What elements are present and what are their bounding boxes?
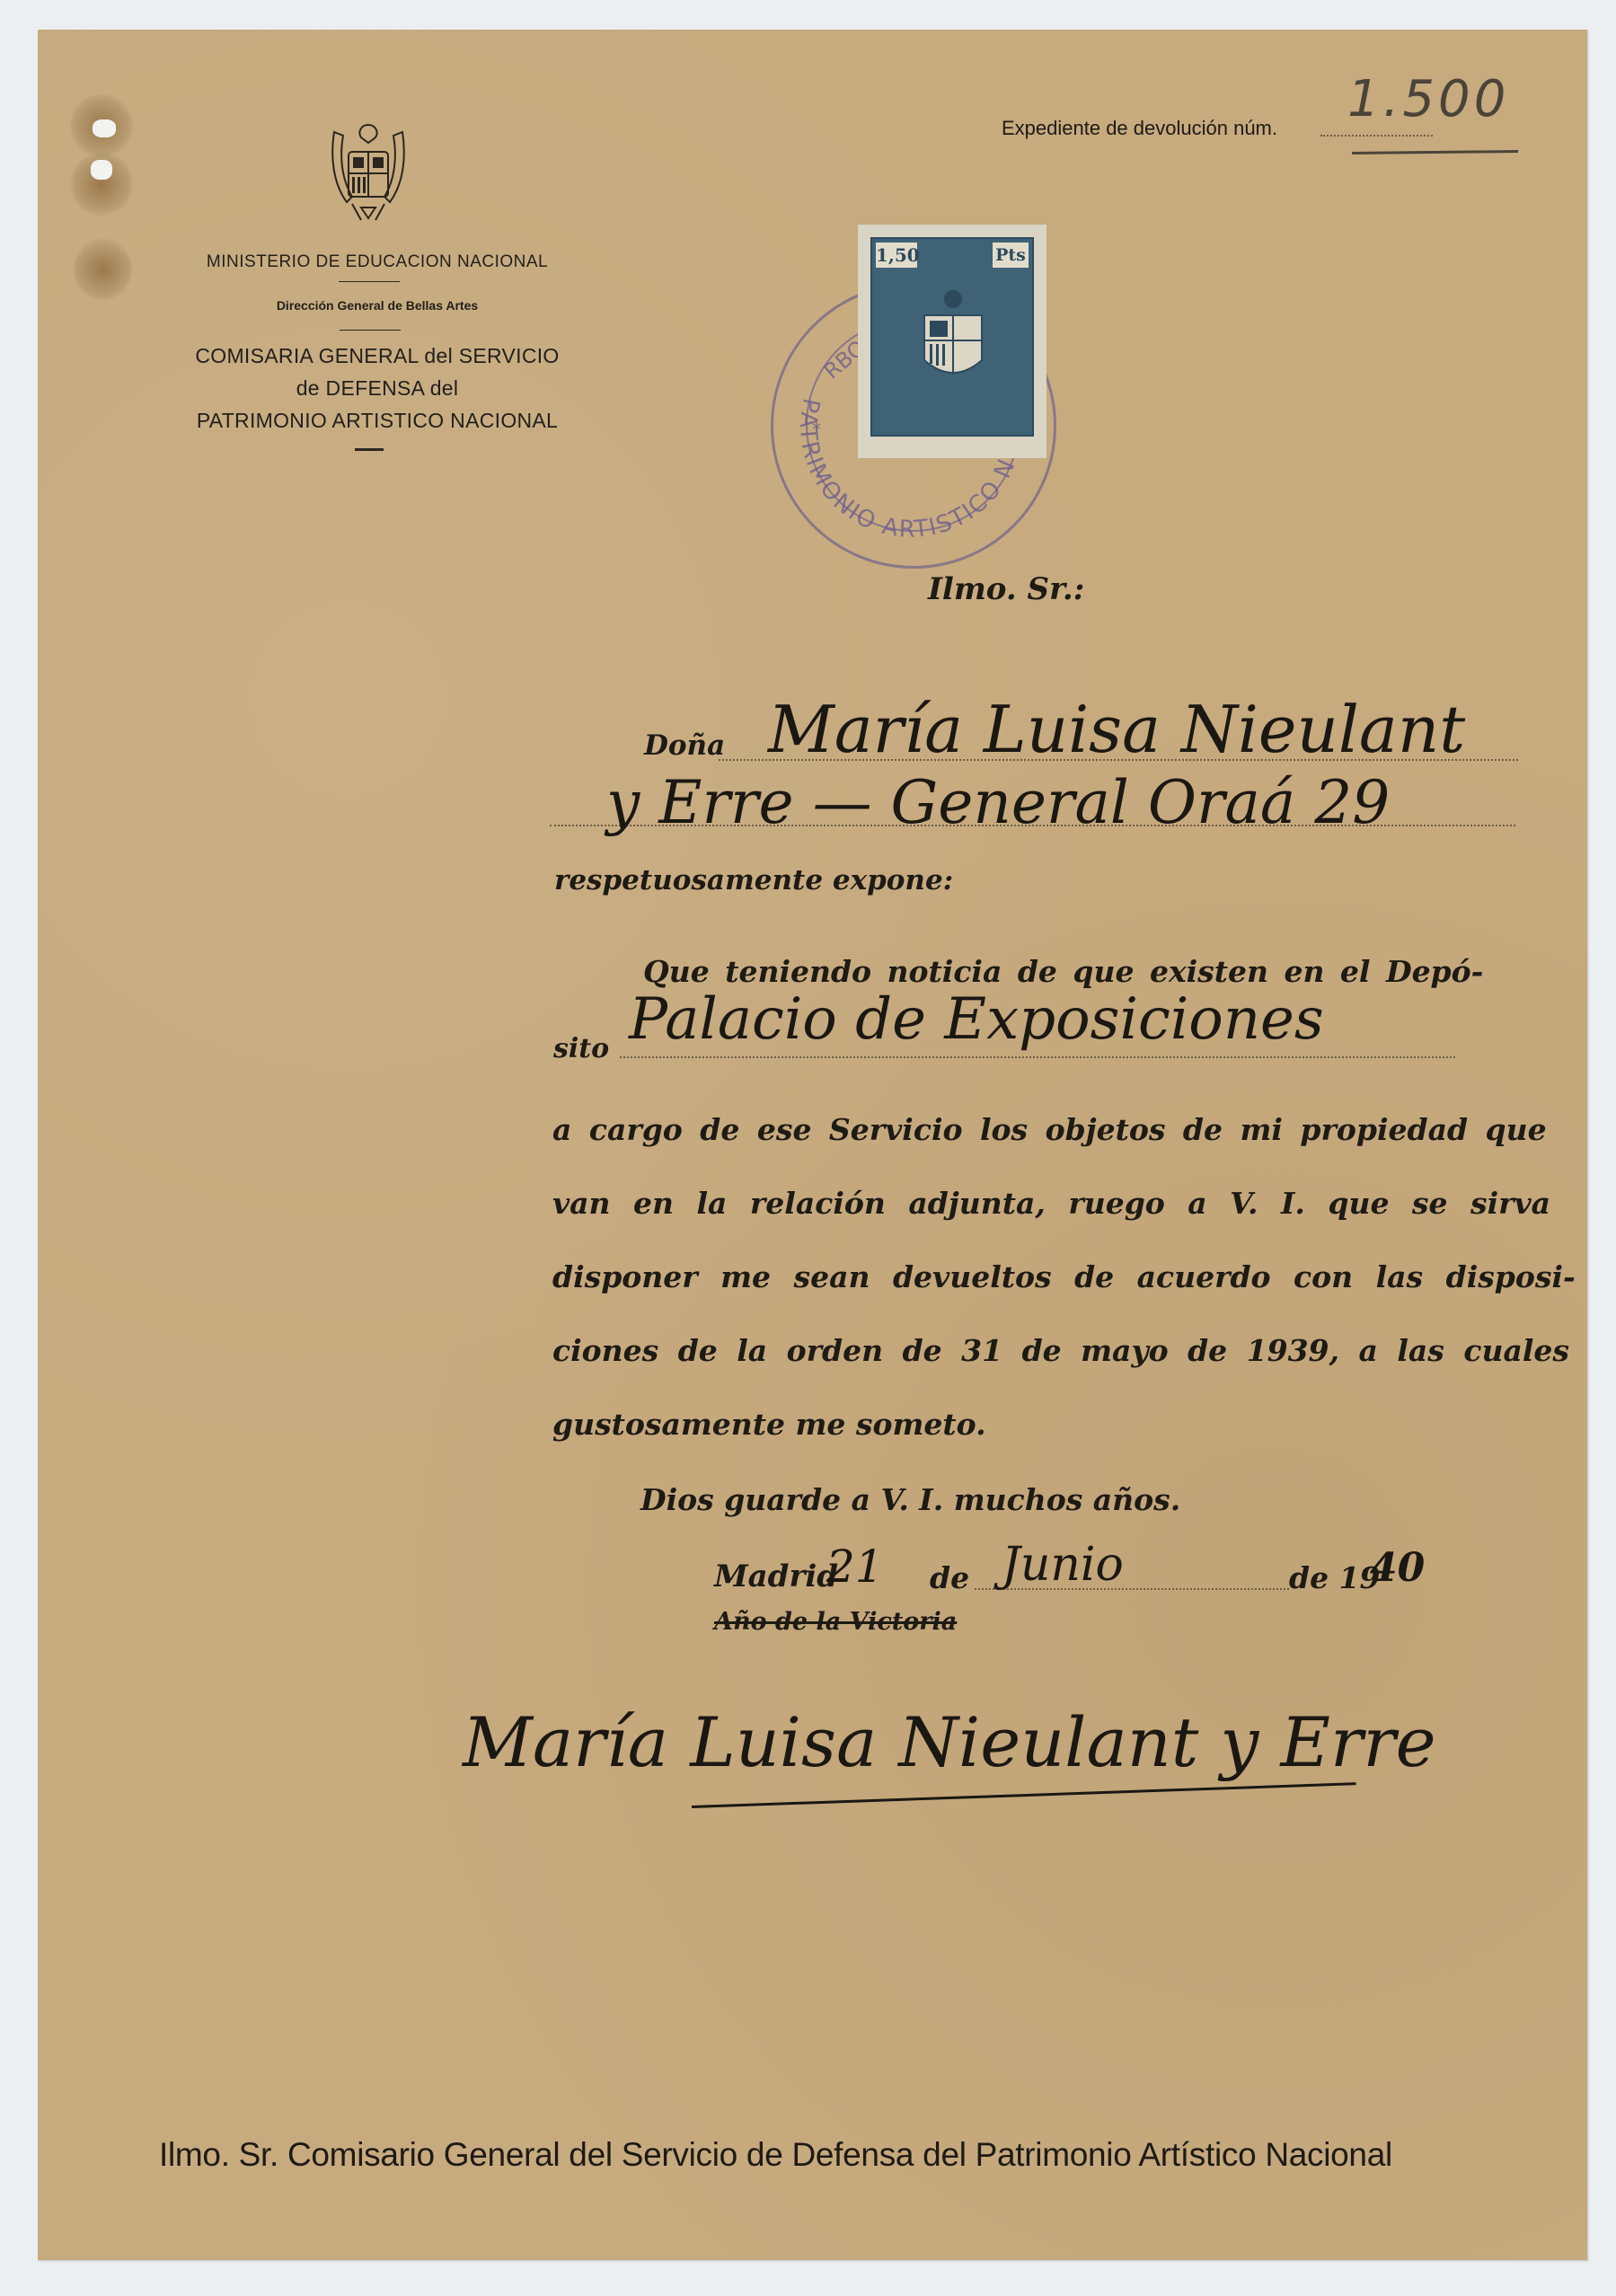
punch-hole [91,160,112,180]
date-year-suffix: 40 [1370,1545,1425,1591]
date-day: 21 [826,1541,884,1593]
stamp-value: 1,50 [876,243,917,268]
divider [340,330,401,331]
petitioner-address: y Erre — General Oraá 29 [606,768,1390,837]
petitioner-name: María Luisa Nieulant [768,692,1465,767]
stamp-design: 1,50 Pts [870,237,1034,437]
date-city: Madrid [714,1559,838,1594]
divider [339,281,400,282]
date-de-1: de [930,1560,969,1595]
date-de-2: de 19 [1289,1560,1380,1595]
body-line-3: a cargo de ese Servicio los objetos de m… [552,1112,1547,1147]
svg-text:*: * [812,419,821,440]
ministry-name: MINISTERIO DE EDUCACION NACIONAL [153,252,602,272]
file-number-value: 1.500 [1347,70,1509,128]
coat-of-arms-icon [325,119,411,229]
revenue-stamp: 1,50 Pts [858,225,1046,458]
deposit-location: Palacio de Exposiciones [629,986,1324,1053]
body-line-2-prefix: sito [553,1033,609,1064]
punch-hole [93,119,116,137]
commissariat-line-2: de DEFENSA del [153,376,602,401]
stamp-shield-icon [919,288,987,387]
rust-stain [74,238,132,301]
body-line-7: gustosamente me someto. [552,1407,986,1442]
addressee: Ilmo. Sr. Comisario General del Servicio… [159,2136,1392,2174]
body-line-5: disponer me sean devueltos de acuerdo co… [552,1259,1576,1294]
commissariat-line-3: PATRIMONIO ARTISTICO NACIONAL [153,409,602,433]
closing: Dios guarde a V. I. muchos años. [640,1482,1180,1517]
direction-name: Dirección General de Bellas Artes [153,298,602,313]
intro-text: respetuosamente expone: [554,864,953,896]
deposit-dotted-line [620,1056,1455,1058]
petitioner-prefix: Doña [644,729,725,762]
file-number-label: Expediente de devolución núm. [1002,117,1277,140]
date-month: Junio [1002,1538,1124,1592]
stamp-unit: Pts [993,243,1029,268]
struck-text: Año de la Victoria [714,1608,957,1636]
signature: María Luisa Nieulant y Erre [463,1702,1436,1782]
file-number-dotted-line [1320,135,1433,137]
divider [355,448,384,451]
body-line-6: ciones de la orden de 31 de mayo de 1939… [552,1333,1569,1368]
body-line-4: van en la relación adjunta, ruego a V. I… [552,1186,1550,1221]
body-line-1: Que teniendo noticia de que existen en e… [643,954,1483,989]
salutation: Ilmo. Sr.: [928,571,1084,607]
commissariat-line-1: COMISARIA GENERAL del SERVICIO [153,344,602,368]
